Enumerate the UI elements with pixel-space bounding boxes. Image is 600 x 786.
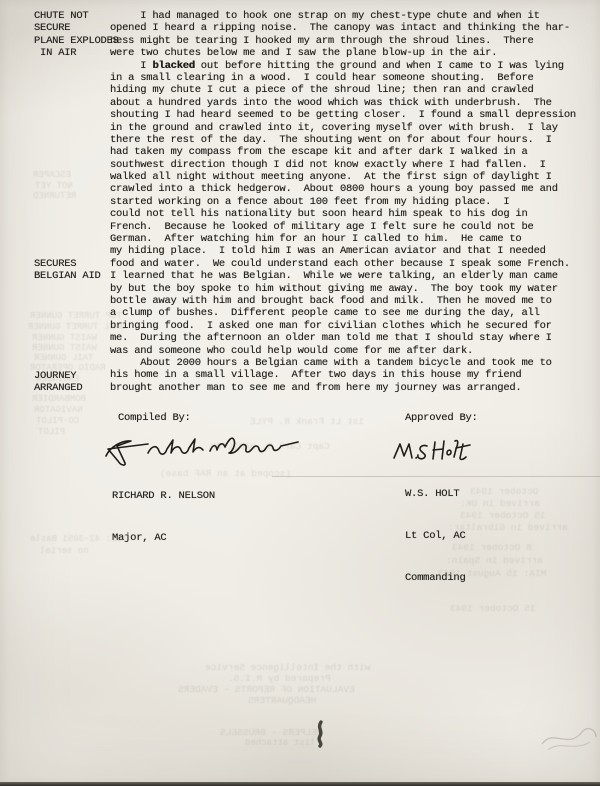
body-line: in a small clearing in a wood. I could h… (110, 72, 596, 84)
bleed-through-text: 15 October 1943 (450, 603, 536, 614)
bleed-through-text: October 1943 (470, 486, 538, 497)
bleed-through-text: WAIST GUNNER (32, 343, 97, 353)
bleed-through-text: TOP TURRET GUNNER (30, 311, 122, 321)
margin-note: CHUTE NOTSECUREPLANE EXPLODES IN AIR (34, 10, 119, 60)
bleed-through-text: EVALUATION OF REPORTS - EVADERS (178, 684, 355, 695)
approved-by-label: Approved By: (405, 412, 478, 425)
body-line: shouting I had heard seemed to be gettin… (110, 109, 596, 121)
body-line: by but the boy spoke to him without givi… (110, 283, 596, 295)
body-line: there the rest of the day. The shouting … (110, 134, 596, 146)
bleed-through-text: list attached (245, 738, 315, 748)
body-line: was and someone who could help would com… (110, 345, 596, 357)
bleed-through-text: BALL TURRET GUNNER (28, 322, 125, 332)
bleed-through-text: WAIST GUNNER (32, 333, 97, 343)
margin-note-line: SECURES (34, 258, 101, 270)
compiled-name: RICHARD R. NELSON (112, 489, 215, 503)
margin-note-line: IN AIR (34, 47, 119, 59)
bleed-through-text: ICE: 42-3051 Basle (30, 534, 127, 544)
body-line: southwest direction though I did not kno… (110, 159, 596, 171)
bleed-through-text: 15 October 1943 (460, 510, 546, 521)
body-line: a clump of bushes. Different people came… (110, 307, 596, 319)
body-line: hiding my chute I cut a piece of the shr… (110, 84, 596, 96)
body-line: his home in a small village. After two d… (110, 369, 596, 381)
bleed-through-text: with the Intelligence Service (205, 662, 370, 673)
body-line: ness might be tearing I hooked my arm th… (110, 35, 596, 47)
approved-name: W.S. HOLT (405, 487, 466, 501)
ink-mark (314, 720, 328, 748)
bleed-through-text: NAVIGATOR (34, 405, 83, 415)
bleed-through-text: (scoped at an RAF base) (160, 468, 291, 479)
bleed-through-text: TAIL GUNNER (34, 353, 93, 363)
margin-note: SECURESBELGIAN AID (34, 258, 101, 283)
bleed-through-text: arrived in Spain: (446, 555, 543, 566)
pencil-scribble (540, 722, 600, 754)
bleed-through-text: HELPERS - BRUSSELS (220, 727, 323, 738)
body-line: could not tell his nationality but soon … (110, 208, 596, 220)
body-line: brought another man to see me and from h… (110, 382, 596, 394)
body-line: me. During the afternoon an older man to… (110, 332, 596, 344)
body-line: food and water. We could understand each… (110, 258, 596, 270)
body-line: walked all night without meeting anyone.… (110, 171, 596, 183)
bleed-through-text: BOMBARDIER (32, 394, 86, 404)
bleed-through-text: 1st Lt Frank R. PYLE (250, 416, 364, 427)
body-line: crawled into a thick hedgerow. About 080… (110, 183, 596, 195)
body-line: French. Because he looked of military ag… (110, 221, 596, 233)
body-line: my hiding place. I told him I was an Ame… (110, 245, 596, 257)
compiled-by-label: Compiled By: (118, 412, 191, 425)
bleed-through-text: MIA: 15 August 1943 (438, 568, 546, 579)
bleed-through-text: no serial (40, 546, 89, 556)
margin-note-line: SECURE (34, 22, 119, 34)
body-line: about a hundred yards into the wood whic… (110, 97, 596, 109)
bleed-through-text: Prepared by M.I.S. (228, 673, 331, 684)
margin-note-line: ARRANGED (34, 382, 82, 394)
scan-bottom-edge (0, 782, 600, 786)
compiled-rank: Major, AC (112, 531, 215, 545)
body-line: I blacked out before hitting the ground … (110, 60, 596, 72)
bleed-through-text: ESCAPER (33, 170, 71, 180)
margin-note-line: CHUTE NOT (34, 10, 119, 22)
bleed-through-text: Capt Carl B. HAMILTON (210, 441, 330, 452)
bleed-through-text: 8 October 1943 (452, 542, 532, 553)
body-line: I learned that he was Belgian. While we … (110, 270, 596, 282)
body-line: About 2000 hours a Belgian came with a t… (110, 357, 596, 369)
body-text: I had managed to hook one strap on my ch… (110, 10, 596, 394)
body-line: opened I heard a ripping noise. The cano… (110, 22, 596, 34)
bleed-through-text: HEADQUARTERS (248, 695, 316, 706)
bleed-through-text: CO-PILOT (36, 416, 79, 426)
body-line: I had managed to hook one strap on my ch… (110, 10, 596, 22)
bleed-through-text: PILOT (38, 427, 65, 437)
bleed-through-text: arrived in UK: (460, 498, 540, 509)
bleed-through-text: RADIO OPERATOR (30, 363, 106, 373)
body-line: started working on a fence about 100 fee… (110, 196, 596, 208)
body-line: bringing food. I asked one man for civil… (110, 320, 596, 332)
bleed-through-text: NOT YET (35, 181, 73, 191)
margin-note-line: PLANE EXPLODES (34, 35, 119, 47)
bleed-through-text: RETURNED (33, 191, 76, 201)
body-line: bottle away with him and brought back fo… (110, 295, 596, 307)
body-line: were two chutes below me and I saw the p… (110, 47, 596, 59)
body-line: in the ground and crawled into it, cover… (110, 122, 596, 134)
bleed-through-text: ENGINEER (36, 374, 79, 384)
body-line: German. After watching him for an hour I… (110, 233, 596, 245)
margin-note-line: BELGIAN AID (34, 270, 101, 282)
body-line: had taken my compass from the escape kit… (110, 146, 596, 158)
crease-line (272, 476, 600, 477)
bleed-through-text: arrived in Gibraltar: (448, 522, 568, 533)
